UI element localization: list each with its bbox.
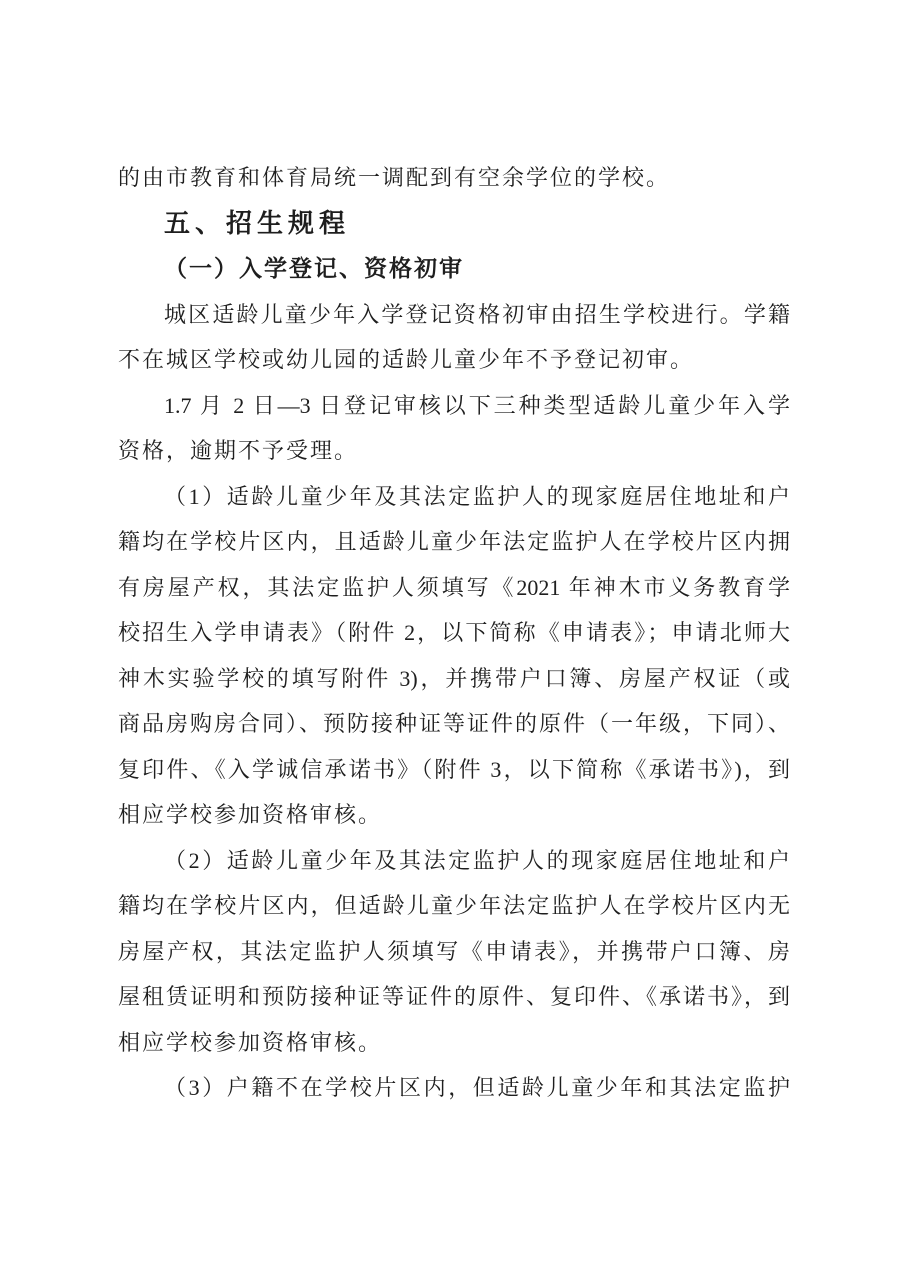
text-line: 校招生入学申请表》（附件 2，以下简称《申请表》；申请北师大	[118, 610, 790, 656]
paragraph: （2）适龄儿童少年及其法定监护人的现家庭居住地址和户 籍均在学校片区内，但适龄儿…	[118, 838, 790, 1066]
text-line: （2）适龄儿童少年及其法定监护人的现家庭居住地址和户	[118, 838, 790, 884]
text-line: 相应学校参加资格审核。	[118, 792, 790, 838]
paragraph: （1）适龄儿童少年及其法定监护人的现家庭居住地址和户 籍均在学校片区内，且适龄儿…	[118, 474, 790, 838]
text-line: 有房屋产权，其法定监护人须填写《2021 年神木市义务教育学	[118, 565, 790, 611]
paragraph: 城区适龄儿童少年入学登记资格初审由招生学校进行。学籍 不在城区学校或幼儿园的适龄…	[118, 292, 790, 383]
text-line: 资格，逾期不予受理。	[118, 428, 790, 474]
text-line: 的由市教育和体育局统一调配到有空余学位的学校。	[118, 155, 790, 201]
subsection-heading: （一）入学登记、资格初审	[118, 246, 790, 292]
text-line: 城区适龄儿童少年入学登记资格初审由招生学校进行。学籍	[118, 292, 790, 338]
document-text-block: 的由市教育和体育局统一调配到有空余学位的学校。 五、招生规程 （一）入学登记、资…	[118, 155, 790, 1111]
paragraph: 1.7 月 2 日—3 日登记审核以下三种类型适龄儿童少年入学 资格，逾期不予受…	[118, 383, 790, 474]
paragraph: （3）户籍不在学校片区内，但适龄儿童少年和其法定监护	[118, 1065, 790, 1111]
text-line: 相应学校参加资格审核。	[118, 1020, 790, 1066]
text-line: 神木实验学校的填写附件 3)，并携带户口簿、房屋产权证（或	[118, 656, 790, 702]
text-line: 不在城区学校或幼儿园的适龄儿童少年不予登记初审。	[118, 337, 790, 383]
text-line: 房屋产权，其法定监护人须填写《申请表》，并携带户口簿、房	[118, 929, 790, 975]
text-line: （1）适龄儿童少年及其法定监护人的现家庭居住地址和户	[118, 474, 790, 520]
text-line: 复印件、《入学诚信承诺书》（附件 3，以下简称《承诺书》)，到	[118, 747, 790, 793]
text-line: 籍均在学校片区内，且适龄儿童少年法定监护人在学校片区内拥	[118, 519, 790, 565]
section-heading: 五、招生规程	[118, 201, 790, 247]
text-line: 商品房购房合同）、预防接种证等证件的原件（一年级，下同）、	[118, 701, 790, 747]
text-line: （3）户籍不在学校片区内，但适龄儿童少年和其法定监护	[118, 1065, 790, 1111]
text-line: 屋租赁证明和预防接种证等证件的原件、复印件、《承诺书》，到	[118, 974, 790, 1020]
document-page: 的由市教育和体育局统一调配到有空余学位的学校。 五、招生规程 （一）入学登记、资…	[0, 0, 900, 1273]
text-line: 1.7 月 2 日—3 日登记审核以下三种类型适龄儿童少年入学	[118, 383, 790, 429]
paragraph: 五、招生规程	[118, 201, 790, 247]
paragraph: （一）入学登记、资格初审	[118, 246, 790, 292]
paragraph: 的由市教育和体育局统一调配到有空余学位的学校。	[118, 155, 790, 201]
text-line: 籍均在学校片区内，但适龄儿童少年法定监护人在学校片区内无	[118, 883, 790, 929]
